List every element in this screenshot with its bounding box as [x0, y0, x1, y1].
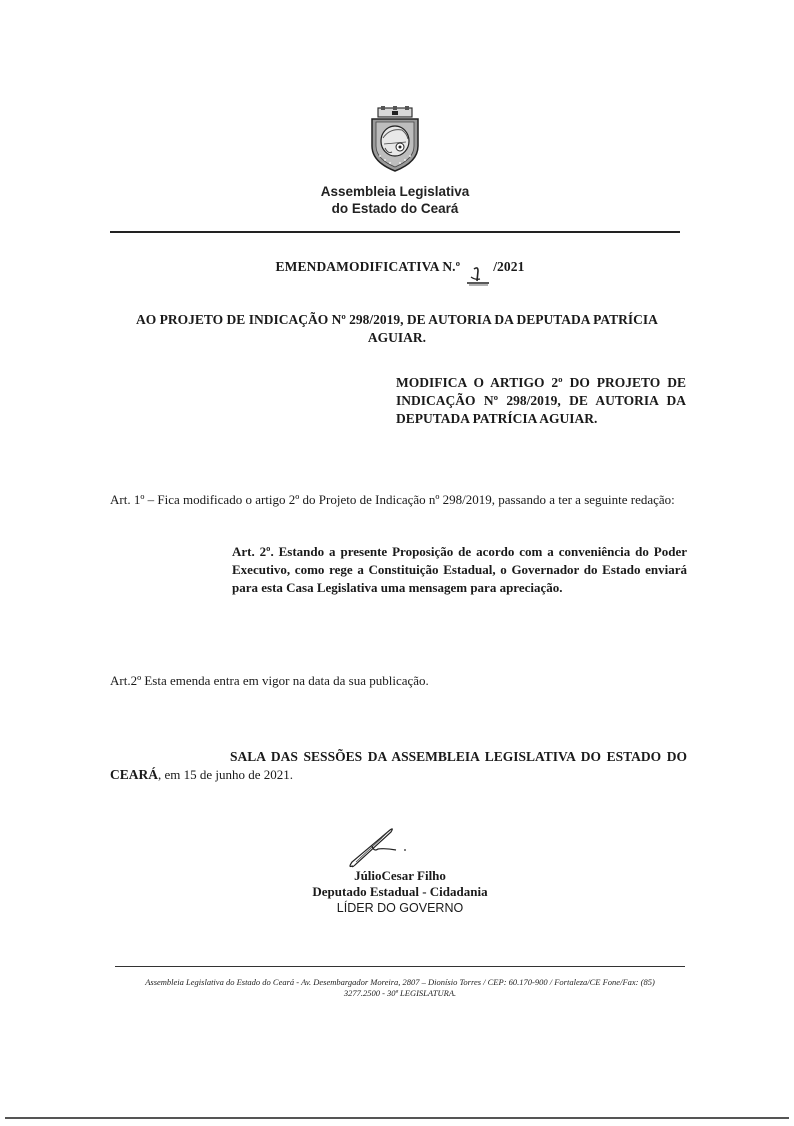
- amendment-summary: MODIFICA O ARTIGO 2º DO PROJETO DE INDIC…: [396, 374, 686, 428]
- handwritten-number-icon: [466, 265, 490, 287]
- footer-address: Assembleia Legislativa do Estado do Cear…: [112, 977, 688, 999]
- institution-name-line2: do Estado do Ceará: [250, 200, 540, 217]
- closing-statement: SALA DAS SESSÕES DA ASSEMBLEIA LEGISLATI…: [110, 748, 687, 784]
- amendment-subject: AO PROJETO DE INDICAÇÃO Nº 298/2019, DE …: [112, 311, 682, 347]
- amendment-title-prefix: EMENDAMODIFICATIVA N.º: [276, 259, 461, 274]
- article-1: Art. 1º – Fica modificado o artigo 2º do…: [110, 491, 687, 509]
- footer-address-line2: 3277.2500 - 30ª LEGISLATURA.: [112, 988, 688, 999]
- institution-name: Assembleia Legislativa do Estado do Cear…: [250, 183, 540, 217]
- amendment-title: EMENDAMODIFICATIVA N.º /2021: [200, 259, 600, 275]
- closing-date: , em 15 de junho de 2021.: [158, 767, 293, 782]
- header-divider: [110, 231, 680, 233]
- signer-block: JúlioCesar Filho Deputado Estadual - Cid…: [250, 868, 550, 916]
- page-bottom-edge: [5, 1117, 789, 1119]
- signer-role: Deputado Estadual - Cidadania: [250, 884, 550, 900]
- footer-divider: [115, 966, 685, 967]
- signer-title: LÍDER DO GOVERNO: [250, 900, 550, 916]
- article-2-new-wording: Art. 2º. Estando a presente Proposição d…: [232, 543, 687, 597]
- signature-icon: [330, 822, 440, 872]
- state-coat-of-arms-icon: [366, 106, 424, 172]
- amendment-title-suffix: /2021: [493, 259, 524, 274]
- signer-name: JúlioCesar Filho: [250, 868, 550, 884]
- article-2: Art.2º Esta emenda entra em vigor na dat…: [110, 672, 687, 690]
- institution-name-line1: Assembleia Legislativa: [250, 183, 540, 200]
- footer-address-line1: Assembleia Legislativa do Estado do Cear…: [112, 977, 688, 988]
